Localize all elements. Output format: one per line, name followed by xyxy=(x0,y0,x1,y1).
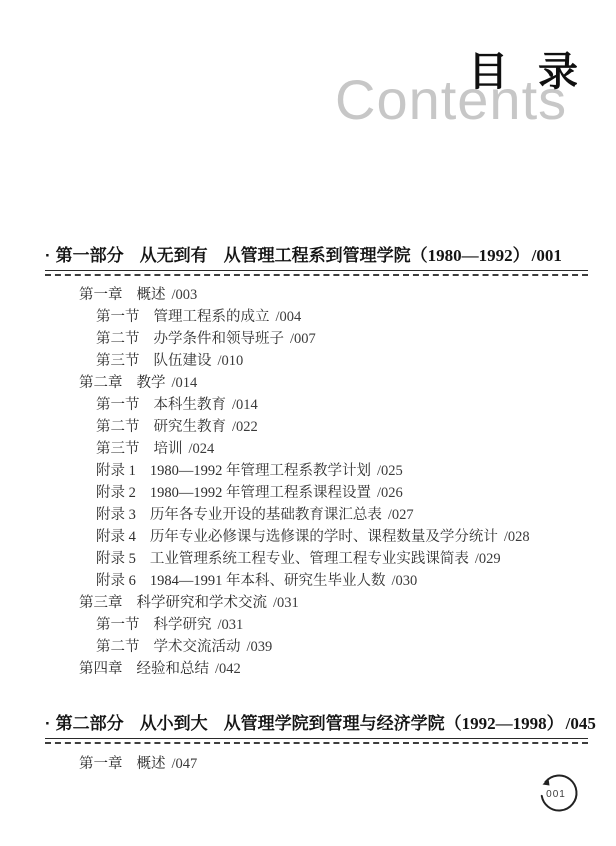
toc-entry: 第二章教学/014 xyxy=(45,372,588,394)
bullet-icon: · xyxy=(45,714,51,733)
entry-page: /042 xyxy=(215,661,241,677)
part-page-number: /001 xyxy=(532,246,562,265)
toc-entry: 第一章概述/003 xyxy=(45,284,588,306)
part-page-number: /045 xyxy=(566,714,596,733)
entry-number: 第二节 xyxy=(96,331,140,347)
entry-page: /030 xyxy=(392,573,418,589)
toc-entry: 第二节办学条件和领导班子/007 xyxy=(45,328,588,350)
entry-number: 第二节 xyxy=(96,639,140,655)
entry-number: 第四章 xyxy=(79,661,123,677)
entry-title: 培训 xyxy=(154,441,183,457)
part-label: 第二部分 xyxy=(56,714,124,733)
part-tagline: 从小到大 xyxy=(140,714,208,733)
part-2-heading: ·第二部分从小到大从管理学院到管理与经济学院（1992—1998）/045 xyxy=(45,714,588,739)
entry-number: 第一节 xyxy=(96,617,140,633)
entry-title: 1980—1992 年管理工程系课程设置 xyxy=(150,485,371,501)
entry-number: 附录 3 xyxy=(96,507,136,523)
entry-title: 工业管理系统工程专业、管理工程专业实践课简表 xyxy=(150,551,469,567)
toc-entry: 第一节科学研究/031 xyxy=(45,614,588,636)
entry-page: /027 xyxy=(388,507,414,523)
toc-page: Contents 目 录 ·第一部分从无到有从管理工程系到管理学院（1980—1… xyxy=(0,0,616,846)
entry-title: 科学研究 xyxy=(154,617,212,633)
entry-page: /031 xyxy=(273,595,299,611)
entry-number: 附录 5 xyxy=(96,551,136,567)
entry-title: 管理工程系的成立 xyxy=(154,309,270,325)
entry-page: /025 xyxy=(377,463,403,479)
entry-title: 历年各专业开设的基础教育课汇总表 xyxy=(150,507,382,523)
toc-entry: 附录 11980—1992 年管理工程系教学计划/025 xyxy=(45,460,588,482)
entry-title: 学术交流活动 xyxy=(154,639,241,655)
entry-number: 附录 6 xyxy=(96,573,136,589)
dashed-divider xyxy=(45,742,588,744)
entry-page: /010 xyxy=(218,353,244,369)
entry-number: 第三章 xyxy=(79,595,123,611)
entry-number: 附录 4 xyxy=(96,529,136,545)
entry-page: /014 xyxy=(232,397,258,413)
entry-number: 第三节 xyxy=(96,441,140,457)
entry-page: /014 xyxy=(172,375,198,391)
entry-title: 1984—1991 年本科、研究生毕业人数 xyxy=(150,573,386,589)
circle-swirl-icon: 001 xyxy=(536,770,582,816)
part-years: （1980—1992） xyxy=(411,246,530,265)
entry-page: /003 xyxy=(172,287,198,303)
part-1-heading: ·第一部分从无到有从管理工程系到管理学院（1980—1992）/001 xyxy=(45,246,588,271)
part-2-entries: 第一章概述/047 xyxy=(45,753,588,775)
entry-title: 经验和总结 xyxy=(137,661,210,677)
toc-entry: 附录 5工业管理系统工程专业、管理工程专业实践课简表/029 xyxy=(45,548,588,570)
toc-entry: 第二节学术交流活动/039 xyxy=(45,636,588,658)
entry-page: /039 xyxy=(247,639,273,655)
entry-number: 第一章 xyxy=(79,756,123,772)
entry-number: 第一节 xyxy=(96,397,140,413)
entry-page: /047 xyxy=(172,756,198,772)
entry-number: 第一章 xyxy=(79,287,123,303)
entry-page: /026 xyxy=(377,485,403,501)
part-label: 第一部分 xyxy=(56,246,124,265)
page-title: 目 录 xyxy=(468,52,578,92)
entry-page: /029 xyxy=(475,551,501,567)
toc-entry: 第二节研究生教育/022 xyxy=(45,416,588,438)
toc-entry: 附录 61984—1991 年本科、研究生毕业人数/030 xyxy=(45,570,588,592)
entry-title: 1980—1992 年管理工程系教学计划 xyxy=(150,463,371,479)
part-1-entries: 第一章概述/003 第一节管理工程系的成立/004 第二节办学条件和领导班子/0… xyxy=(45,284,588,680)
entry-title: 办学条件和领导班子 xyxy=(154,331,285,347)
entry-title: 概述 xyxy=(137,287,166,303)
entry-title: 研究生教育 xyxy=(154,419,227,435)
entry-title: 历年专业必修课与选修课的学时、课程数量及学分统计 xyxy=(150,529,498,545)
toc-entry: 第一节本科生教育/014 xyxy=(45,394,588,416)
toc-entry: 附录 21980—1992 年管理工程系课程设置/026 xyxy=(45,482,588,504)
toc-entry: 第三章科学研究和学术交流/031 xyxy=(45,592,588,614)
table-of-contents: ·第一部分从无到有从管理工程系到管理学院（1980—1992）/001 第一章概… xyxy=(45,246,588,775)
dashed-divider xyxy=(45,274,588,276)
entry-number: 第一节 xyxy=(96,309,140,325)
folio-circle: 001 xyxy=(536,770,582,816)
entry-page: /022 xyxy=(232,419,258,435)
bullet-icon: · xyxy=(45,246,51,265)
part-tagline: 从无到有 xyxy=(140,246,208,265)
toc-part-1: ·第一部分从无到有从管理工程系到管理学院（1980—1992）/001 第一章概… xyxy=(45,246,588,680)
toc-entry: 第一节管理工程系的成立/004 xyxy=(45,306,588,328)
entry-page: /007 xyxy=(290,331,316,347)
entry-number: 第二章 xyxy=(79,375,123,391)
folio-number: 001 xyxy=(546,789,566,800)
toc-entry: 附录 4历年专业必修课与选修课的学时、课程数量及学分统计/028 xyxy=(45,526,588,548)
entry-title: 概述 xyxy=(137,756,166,772)
entry-title: 队伍建设 xyxy=(154,353,212,369)
entry-title: 教学 xyxy=(137,375,166,391)
entry-number: 附录 1 xyxy=(96,463,136,479)
part-title: 从管理工程系到管理学院 xyxy=(224,246,411,265)
entry-number: 第二节 xyxy=(96,419,140,435)
entry-page: /024 xyxy=(189,441,215,457)
entry-page: /004 xyxy=(276,309,302,325)
entry-title: 本科生教育 xyxy=(154,397,227,413)
entry-page: /031 xyxy=(218,617,244,633)
part-years: （1992—1998） xyxy=(445,714,564,733)
toc-entry: 第四章经验和总结/042 xyxy=(45,658,588,680)
toc-entry: 附录 3历年各专业开设的基础教育课汇总表/027 xyxy=(45,504,588,526)
entry-title: 科学研究和学术交流 xyxy=(137,595,268,611)
toc-entry: 第一章概述/047 xyxy=(45,753,588,775)
entry-number: 附录 2 xyxy=(96,485,136,501)
entry-number: 第三节 xyxy=(96,353,140,369)
toc-entry: 第三节培训/024 xyxy=(45,438,588,460)
entry-page: /028 xyxy=(504,529,530,545)
part-title: 从管理学院到管理与经济学院 xyxy=(224,714,445,733)
toc-part-2: ·第二部分从小到大从管理学院到管理与经济学院（1992—1998）/045 第一… xyxy=(45,714,588,775)
toc-entry: 第三节队伍建设/010 xyxy=(45,350,588,372)
